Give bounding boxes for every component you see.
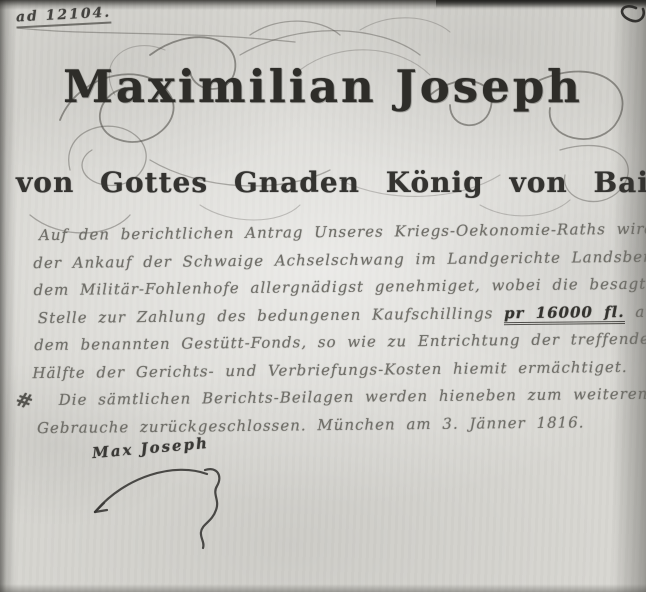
page-edge-bottom: [0, 584, 646, 592]
manuscript-closing-line: Gebrauche zurückgeschlossen. München am …: [33, 408, 637, 442]
amount-line-pre: Stelle zur Zahlung des bedungenen Kaufsc…: [38, 304, 504, 327]
royal-name-heading: Maximilian Joseph: [0, 60, 646, 113]
royal-style-heading: von Gottes Gnaden König von Baiernxx.: [16, 166, 632, 199]
royal-style-text: von Gottes Gnaden König von Baiern: [16, 166, 646, 199]
manuscript-document-scan: ad 12104. Maximilian Joseph von Gottes G…: [0, 0, 646, 592]
manuscript-body: Auf den berichtlichen Antrag Unseres Kri…: [31, 216, 637, 442]
closing-text: Gebrauche zurückgeschlossen.: [37, 416, 318, 437]
purchase-amount-underlined: pr 16000 fl.: [504, 302, 625, 324]
corner-ink-mark: [622, 6, 644, 21]
signature-paraph-flourish: [55, 458, 255, 568]
amount-line-post: aus: [624, 302, 646, 320]
dateline: München am 3. Jänner 1816.: [317, 413, 584, 434]
